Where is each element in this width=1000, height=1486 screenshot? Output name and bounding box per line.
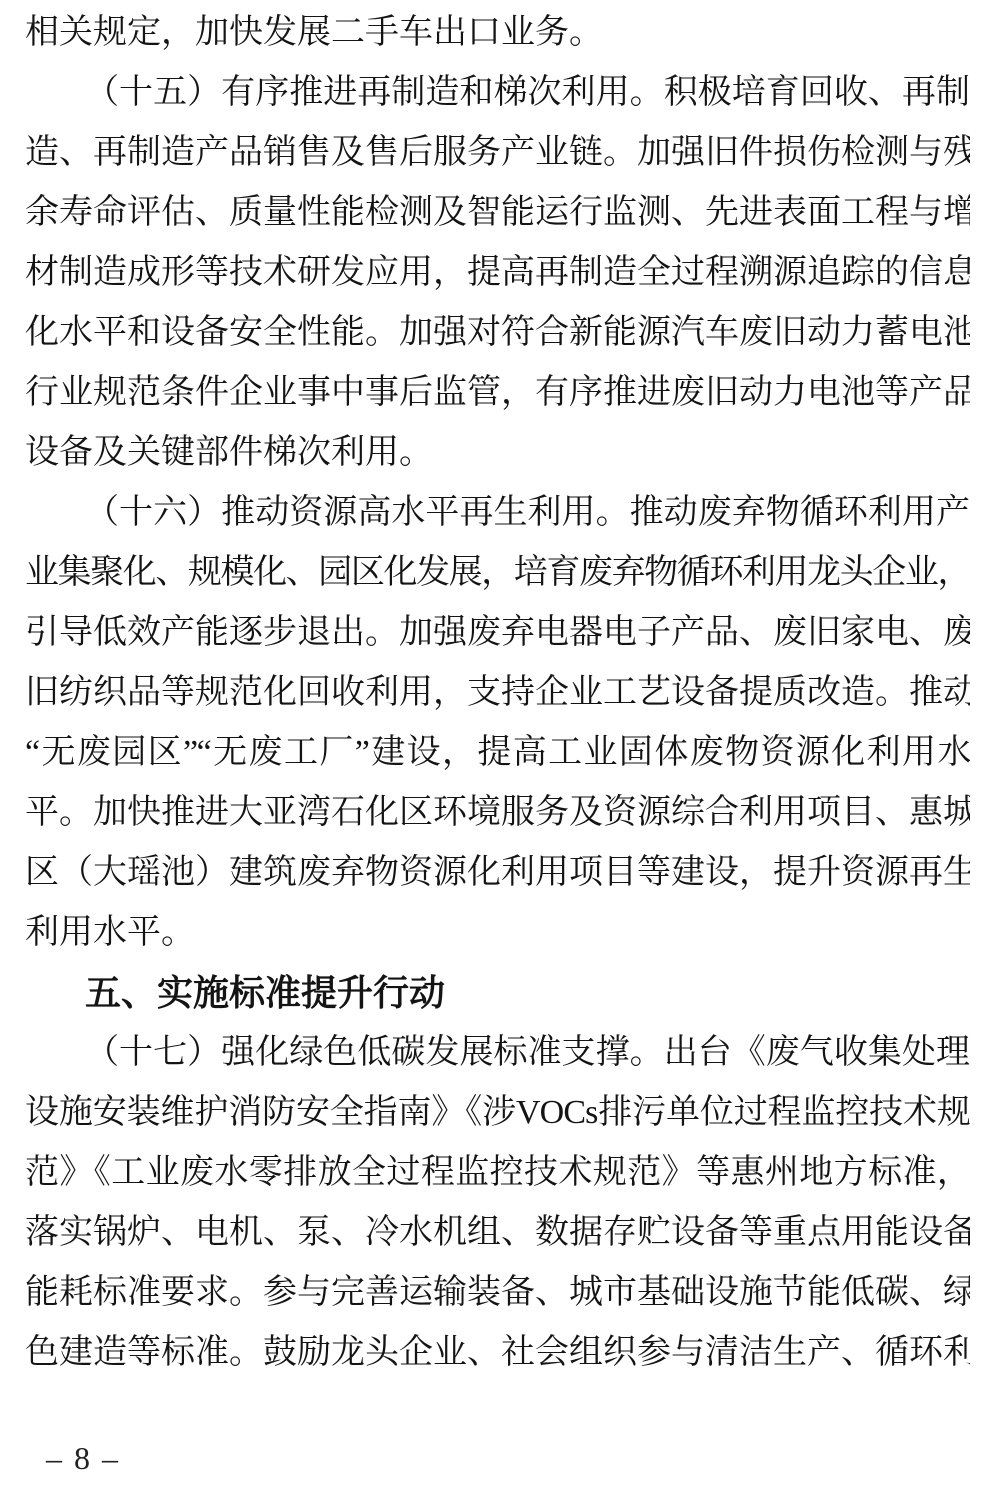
line-text: 设施安装维护消防安全指南》《涉VOCs排污单位过程监控技术规	[25, 1094, 970, 1131]
document-page: 相关规定，加快发展二手车出口业务。 （十五）有序推进再制造和梯次利用。积极培育回…	[0, 0, 1000, 1486]
paragraph-lead: （十七）强化绿色低碳发展标准支撑。	[85, 1034, 664, 1071]
text-line: “无废园区”“无废工厂”建设，提高工业固体废物资源化利用水	[25, 723, 970, 783]
text-line: 区（大瑶池）建筑废弃物资源化利用项目等建设，提升资源再生	[25, 843, 970, 903]
text-line: 相关规定，加快发展二手车出口业务。	[25, 3, 970, 63]
page-number: – 8 –	[46, 1428, 120, 1486]
line-text: 行业规范条件企业事中事后监管，有序推进废旧动力电池等产品	[25, 374, 970, 411]
line-text: 引导低效产能逐步退出。加强废弃电器电子产品、废旧家电、废	[25, 614, 970, 651]
text-line: 落实锅炉、电机、泵、冷水机组、数据存贮设备等重点用能设备	[25, 1203, 970, 1263]
text-line: （十六）推动资源高水平再生利用。推动废弃物循环利用产	[25, 483, 970, 543]
paragraph-lead: （十五）有序推进再制造和梯次利用。	[85, 74, 664, 111]
line-text: 色建造等标准。鼓励龙头企业、社会组织参与清洁生产、循环利	[25, 1334, 970, 1371]
section-heading: 五、实施标准提升行动	[25, 963, 970, 1023]
text-line: 利用水平。	[25, 903, 970, 963]
text-line: 余寿命评估、质量性能检测及智能运行监测、先进表面工程与增	[25, 183, 970, 243]
line-text: 利用水平。	[25, 914, 195, 951]
line-text: 旧纺织品等规范化回收利用，支持企业工艺设备提质改造。推动	[25, 674, 970, 711]
line-text: 积极培育回收、再制	[664, 74, 970, 111]
document-body: 相关规定，加快发展二手车出口业务。 （十五）有序推进再制造和梯次利用。积极培育回…	[25, 3, 970, 1383]
text-line: （十七）强化绿色低碳发展标准支撑。出台《废气收集处理	[25, 1023, 970, 1083]
text-line: 设施安装维护消防安全指南》《涉VOCs排污单位过程监控技术规	[25, 1083, 970, 1143]
text-line: （十五）有序推进再制造和梯次利用。积极培育回收、再制	[25, 63, 970, 123]
text-line: 引导低效产能逐步退出。加强废弃电器电子产品、废旧家电、废	[25, 603, 970, 663]
line-text: 范》《工业废水零排放全过程监控技术规范》等惠州地方标准，	[25, 1154, 970, 1191]
line-text: “无废园区”“无废工厂”建设，提高工业固体废物资源化利用水	[25, 734, 970, 771]
text-line: 材制造成形等技术研发应用，提高再制造全过程溯源追踪的信息	[25, 243, 970, 303]
line-text: 能耗标准要求。参与完善运输装备、城市基础设施节能低碳、绿	[25, 1274, 970, 1311]
text-line: 化水平和设备安全性能。加强对符合新能源汽车废旧动力蓄电池	[25, 303, 970, 363]
paragraph-lead: （十六）推动资源高水平再生利用。	[85, 494, 630, 531]
text-line: 造、再制造产品销售及售后服务产业链。加强旧件损伤检测与残	[25, 123, 970, 183]
line-text: 平。加快推进大亚湾石化区环境服务及资源综合利用项目、惠城	[25, 794, 970, 831]
text-line: 色建造等标准。鼓励龙头企业、社会组织参与清洁生产、循环利	[25, 1323, 970, 1383]
line-text: 区（大瑶池）建筑废弃物资源化利用项目等建设，提升资源再生	[25, 854, 970, 891]
line-text: 落实锅炉、电机、泵、冷水机组、数据存贮设备等重点用能设备	[25, 1214, 970, 1251]
text-line: 旧纺织品等规范化回收利用，支持企业工艺设备提质改造。推动	[25, 663, 970, 723]
text-line: 业集聚化、规模化、园区化发展，培育废弃物循环利用龙头企业，	[25, 543, 970, 603]
heading-text: 五、实施标准提升行动	[85, 972, 445, 1013]
line-text: 出台《废气收集处理	[664, 1034, 970, 1071]
line-text: 相关规定，加快发展二手车出口业务。	[25, 14, 603, 51]
line-text: 业集聚化、规模化、园区化发展，培育废弃物循环利用龙头企业，	[25, 554, 970, 591]
text-line: 平。加快推进大亚湾石化区环境服务及资源综合利用项目、惠城	[25, 783, 970, 843]
line-text: 设备及关键部件梯次利用。	[25, 434, 433, 471]
line-text: 化水平和设备安全性能。加强对符合新能源汽车废旧动力蓄电池	[25, 314, 970, 351]
line-text: 材制造成形等技术研发应用，提高再制造全过程溯源追踪的信息	[25, 254, 970, 291]
text-line: 范》《工业废水零排放全过程监控技术规范》等惠州地方标准，	[25, 1143, 970, 1203]
text-line: 能耗标准要求。参与完善运输装备、城市基础设施节能低碳、绿	[25, 1263, 970, 1323]
text-line: 设备及关键部件梯次利用。	[25, 423, 970, 483]
line-text: 余寿命评估、质量性能检测及智能运行监测、先进表面工程与增	[25, 194, 970, 231]
text-line: 行业规范条件企业事中事后监管，有序推进废旧动力电池等产品	[25, 363, 970, 423]
line-text: 造、再制造产品销售及售后服务产业链。加强旧件损伤检测与残	[25, 134, 970, 171]
line-text: 推动废弃物循环利用产	[630, 494, 970, 531]
